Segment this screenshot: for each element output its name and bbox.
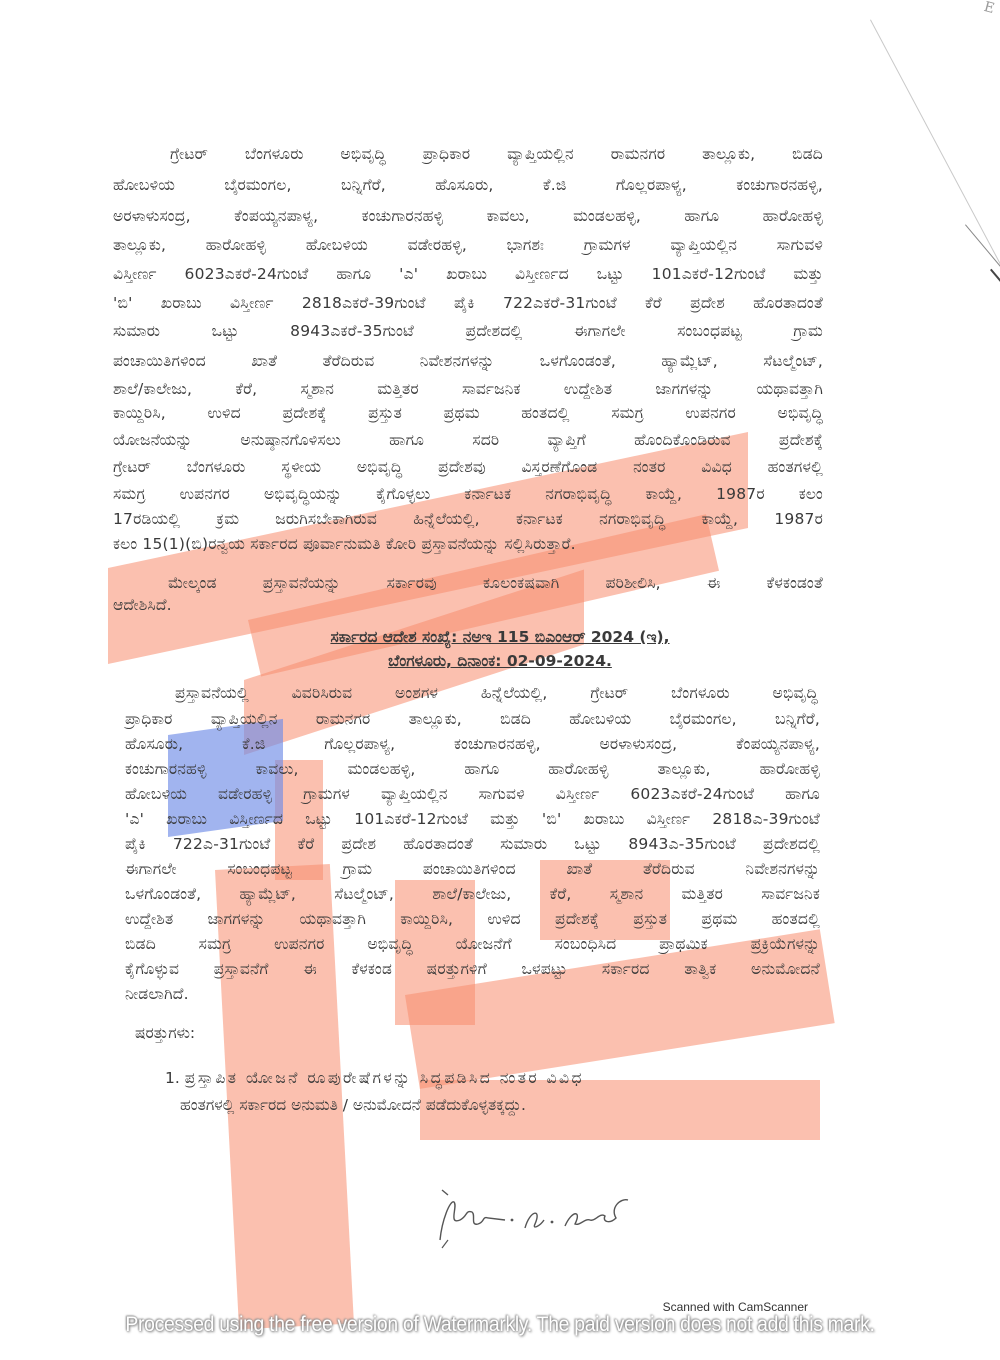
document-text: ಗ್ರೇಟರ್ ಬೆಂಗಳೂರು ಅಭಿವೃದ್ಧಿ ಪ್ರಾಧಿಕಾರ ವ್ಯ…	[0, 0, 1000, 1360]
paragraph-line: ಶಾಲೆ/ಕಾಲೇಜು, ಕೆರೆ, ಸ್ಮಶಾನ ಮತ್ತಿತರ ಸಾರ್ವಜ…	[113, 378, 823, 400]
paragraph-line: ಪ್ರಾಧಿಕಾರ ವ್ಯಾಪ್ತಿಯಲ್ಲಿನ ರಾಮನಗರ ತಾಲ್ಲೂಕು…	[125, 708, 820, 730]
paragraph-line: ಪಂಚಾಯಿತಿಗಳಿಂದ ಖಾತೆ ತೆರೆದಿರುವ ನಿವೇಶನಗಳನ್ನ…	[113, 350, 823, 372]
paragraph-line: ಬಿಡದಿ ಸಮಗ್ರ ಉಪನಗರ ಅಭಿವೃದ್ಧಿ ಯೋಜನೆಗೆ ಸಂಬಂ…	[125, 933, 820, 955]
paragraph-line: ವಿಸ್ತೀರ್ಣ 6023ಎಕರೆ-24ಗುಂಟೆ ಹಾಗೂ 'ಎ' ಖರಾಬ…	[113, 263, 823, 285]
order-number-heading: ಸರ್ಕಾರದ ಆದೇಶ ಸಂಖ್ಯೆ: ನಅಇ 115 ಬಿಎಂಆರ್ 202…	[0, 626, 1000, 648]
camscanner-footer: Scanned with CamScanner	[663, 1300, 808, 1314]
order-date-heading: ಬೆಂಗಳೂರು, ದಿನಾಂಕ: 02-09-2024.	[0, 650, 1000, 672]
condition-number: 1.	[165, 1069, 180, 1087]
paragraph-line: ಹೋಬಳಿಯ ಬೈರಮಂಗಲ, ಬನ್ನಿಗೆರೆ, ಹೊಸೂರು, ಕೆ.ಜಿ…	[113, 174, 823, 196]
conditions-label: ಷರತ್ತುಗಳು:	[135, 1022, 195, 1044]
paragraph-line: ಆದೇಶಿಸಿದೆ.	[113, 594, 823, 616]
paragraph-line: ಹೋಬಳಿಯ ವಡೇರಹಳ್ಳಿ ಗ್ರಾಮಗಳ ವ್ಯಾಪ್ತಿಯಲ್ಲಿನ …	[125, 783, 820, 805]
condition-item-continuation: ಹಂತಗಳಲ್ಲಿ ಸರ್ಕಾರದ ಅನುಮತಿ / ಅನುಮೋದನೆ ಪಡೆದ…	[180, 1094, 526, 1116]
paragraph-line: 'ಬಿ' ಖರಾಬು ವಿಸ್ತೀರ್ಣ 2818ಎಕರೆ-39ಗುಂಟೆ ಪೈ…	[113, 292, 823, 314]
paragraph-line: ಉದ್ದೇಶಿತ ಜಾಗಗಳನ್ನು ಯಥಾವತ್ತಾಗಿ ಕಾಯ್ದಿರಿಸಿ…	[125, 908, 820, 930]
paragraph-line: ಗ್ರೇಟರ್ ಬೆಂಗಳೂರು ಅಭಿವೃದ್ಧಿ ಪ್ರಾಧಿಕಾರ ವ್ಯ…	[170, 143, 823, 165]
paragraph-line: ಈಗಾಗಲೇ ಸಂಬಂಧಪಟ್ಟ ಗ್ರಾಮ ಪಂಚಾಯಿತಿಗಳಿಂದ ಖಾತ…	[125, 858, 820, 880]
paragraph-line: ಕಲಂ 15(1)(ಬಿ)ರನ್ವಯ ಸರ್ಕಾರದ ಪೂರ್ವಾನುಮತಿ ಕ…	[113, 533, 823, 555]
paragraph-line: ನೀಡಲಾಗಿದೆ.	[125, 983, 820, 1005]
paragraph-line: ಅರಳಾಳುಸಂದ್ರ, ಕೆಂಪಯ್ಯನಪಾಳ್ಯ, ಕಂಚುಗಾರನಹಳ್ಳ…	[113, 205, 823, 227]
paragraph-line: ಪೈಕಿ 722ಎ-31ಗುಂಟೆ ಕೆರೆ ಪ್ರದೇಶ ಹೊರತಾದಂತೆ …	[125, 833, 820, 855]
paragraph-line: ಸಮಗ್ರ ಉಪನಗರ ಅಭಿವೃದ್ಧಿಯನ್ನು ಕೈಗೊಳ್ಳಲು ಕರ್…	[113, 483, 823, 505]
paragraph-line: ಗ್ರೇಟರ್ ಬೆಂಗಳೂರು ಸ್ಥಳೀಯ ಅಭಿವೃದ್ಧಿ ಪ್ರದೇಶ…	[113, 456, 823, 478]
paragraph-line: 'ಎ' ಖರಾಬು ವಿಸ್ತೀರ್ಣದ ಒಟ್ಟು 101ಎಕರೆ-12ಗುಂ…	[125, 808, 820, 830]
paragraph-line: ಮೇಲ್ಕಂಡ ಪ್ರಸ್ತಾವನೆಯನ್ನು ಸರ್ಕಾರವು ಕೂಲಂಕಷವ…	[113, 572, 823, 594]
paragraph-line: 17ರಡಿಯಲ್ಲಿ ಕ್ರಮ ಜರುಗಿಸಬೇಕಾಗಿರುವ ಹಿನ್ನೆಲೆ…	[113, 508, 823, 530]
paragraph-line: ಸುಮಾರು ಒಟ್ಟು 8943ಎಕರೆ-35ಗುಂಟೆ ಪ್ರದೇಶದಲ್ಲ…	[113, 320, 823, 342]
condition-text: ಪ್ರಸ್ತಾಪಿತ ಯೋಜನೆ ರೂಪುರೇಷೆಗಳನ್ನು ಸಿದ್ಧಪಡಿ…	[185, 1069, 584, 1087]
paragraph-line: ಕಾಯ್ದಿರಿಸಿ, ಉಳಿದ ಪ್ರದೇಶಕ್ಕೆ ಪ್ರಸ್ತುತ ಪ್ರ…	[113, 402, 823, 424]
scanned-document-page: E ಗ್ರೇಟರ್ ಬೆಂಗಳೂರು ಅಭಿವೃದ್ಧಿ ಪ್ರಾಧಿಕಾರ ವ…	[0, 0, 1000, 1360]
signature	[430, 1180, 670, 1250]
paragraph-line: ಹೊಸೂರು, ಕೆ.ಜಿ ಗೊಲ್ಲರಪಾಳ್ಯ, ಕಂಚುಗಾರನಹಳ್ಳಿ…	[125, 733, 820, 755]
condition-item: 1. ಪ್ರಸ್ತಾಪಿತ ಯೋಜನೆ ರೂಪುರೇಷೆಗಳನ್ನು ಸಿದ್ಧ…	[165, 1067, 584, 1089]
paragraph-line: ಕೈಗೊಳ್ಳುವ ಪ್ರಸ್ತಾವನೆಗೆ ಈ ಕೆಳಕಂಡ ಷರತ್ತುಗಳ…	[125, 958, 820, 980]
paragraph-line: ಕಂಚುಗಾರನಹಳ್ಳಿ ಕಾವಲು, ಮಂಡಲಹಳ್ಳಿ, ಹಾಗೂ ಹಾರ…	[125, 758, 820, 780]
paragraph-line: ತಾಲ್ಲೂಕು, ಹಾರೋಹಳ್ಳಿ ಹೋಬಳಿಯ ವಡೇರಹಳ್ಳಿ, ಭಾ…	[113, 234, 823, 256]
paragraph-line: ಯೋಜನೆಯನ್ನು ಅನುಷ್ಠಾನಗೊಳಿಸಲು ಹಾಗೂ ಸದರಿ ವ್ಯ…	[113, 429, 823, 451]
watermark-notice: Processed using the free version of Wate…	[40, 1313, 960, 1337]
paragraph-line: ಪ್ರಸ್ತಾವನೆಯಲ್ಲಿ ವಿವರಿಸಿರುವ ಅಂಶಗಳ ಹಿನ್ನೆಲ…	[120, 682, 818, 704]
paragraph-line: ಒಳಗೊಂಡಂತೆ, ಹ್ಯಾಮ್ಲೆಟ್, ಸೆಟಲ್ಮೆಂಟ್, ಶಾಲೆ/…	[125, 883, 820, 905]
